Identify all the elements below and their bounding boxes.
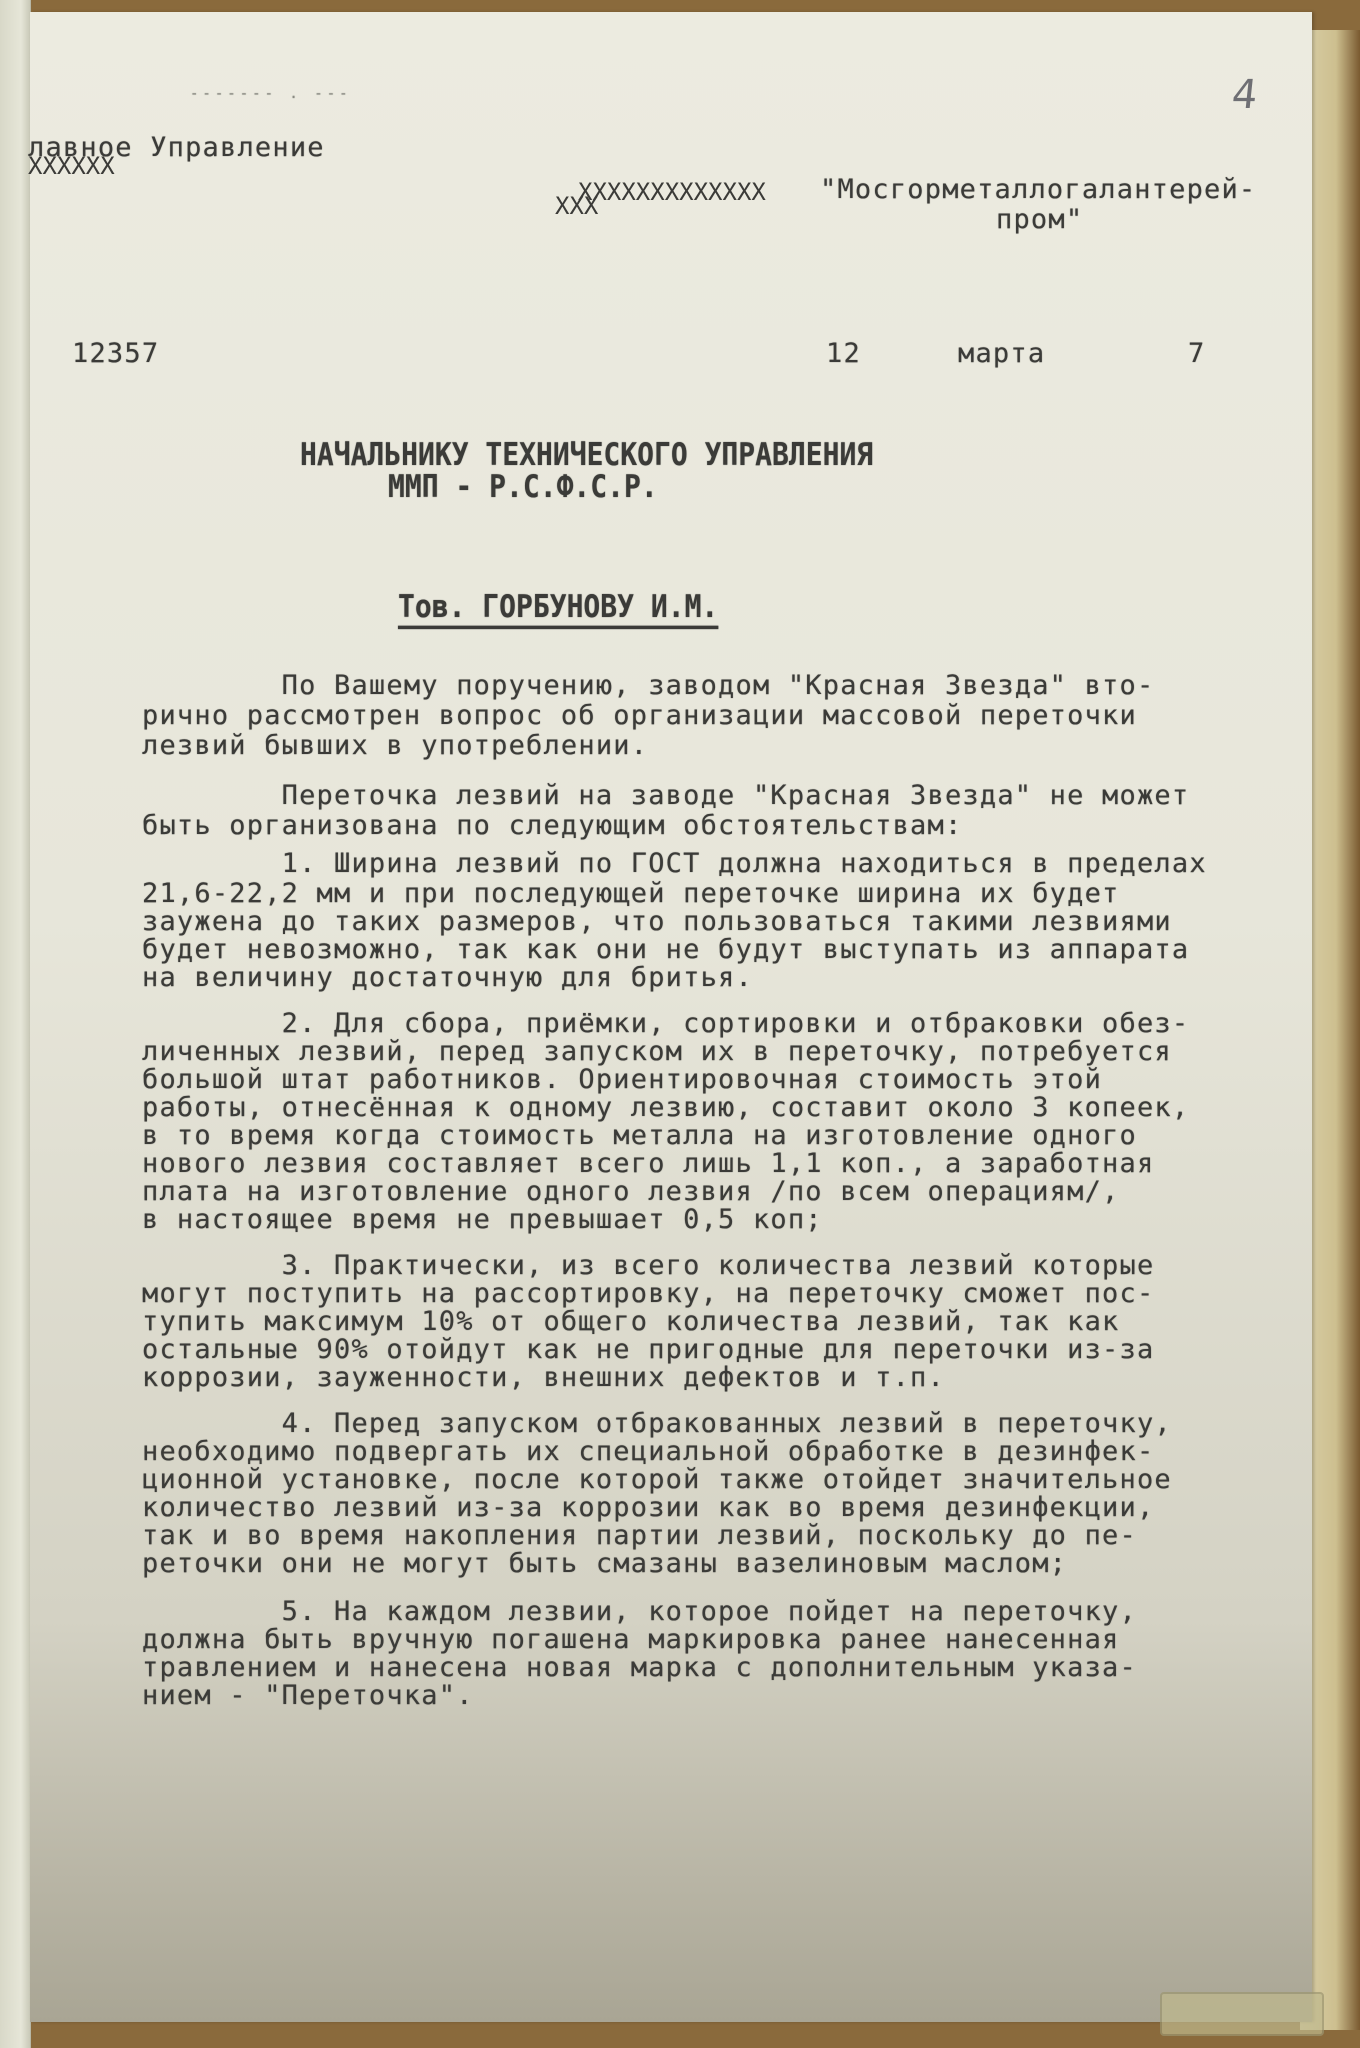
body-line: должна быть вручную погашена маркировка … xyxy=(142,1624,1120,1655)
body-line: остальные 90% отойдут как не пригодные д… xyxy=(142,1334,1154,1365)
body-line: травлением и нанесена новая марка с допо… xyxy=(142,1652,1137,1683)
body-line: на величину достаточную для бритья. xyxy=(142,962,753,993)
body-line: ционной установке, после которой также о… xyxy=(142,1464,1172,1495)
body-line: 3. Практически, из всего количества лезв… xyxy=(142,1250,1154,1281)
reference-number: 12357 xyxy=(72,338,159,369)
body-line: 5. На каждом лезвии, которое пойдет на п… xyxy=(142,1596,1137,1627)
header-faint-mark: ------- . --- xyxy=(190,86,352,102)
date-day: 12 xyxy=(826,338,861,369)
body-line: Переточка лезвий на заводе "Красная Звез… xyxy=(142,780,1189,811)
body-line: могут поступить на рассортировку, на пер… xyxy=(142,1278,1154,1309)
date-month: марта xyxy=(958,338,1045,369)
body-line: быть организована по следующим обстоятел… xyxy=(142,810,962,841)
body-line: коррозии, зауженности, внешних дефектов … xyxy=(142,1362,945,1393)
body-line: будет невозможно, так как они не будут в… xyxy=(142,934,1189,965)
body-line: личенных лезвий, перед запуском их в пер… xyxy=(142,1036,1172,1067)
handwritten-page-number: 4 xyxy=(1230,72,1260,118)
recipient-name: Тов. ГОРБУНОВУ И.М. xyxy=(398,588,718,624)
body-line: нового лезвия составляет всего лишь 1,1 … xyxy=(142,1148,1154,1179)
body-line: тупить максимум 10% от общего количества… xyxy=(142,1306,1120,1337)
date-year: 7 xyxy=(1188,338,1205,369)
body-line: реточки они не могут быть смазаны вазели… xyxy=(142,1548,1067,1579)
addressee-org-line1: "Мосгорметаллогалантерей- xyxy=(820,174,1256,205)
body-line: нием - "Переточка". xyxy=(142,1680,474,1711)
body-line: в то время когда стоимость металла на из… xyxy=(142,1120,1137,1151)
previous-page-edge xyxy=(0,0,31,2048)
body-line: 1. Ширина лезвий по ГОСТ должна находить… xyxy=(142,848,1207,879)
addressee-strikeout: XXXXXXXXXXXXX xyxy=(578,178,766,206)
body-line: необходимо подвергать их специальной обр… xyxy=(142,1436,1154,1467)
body-line: работы, отнесённая к одному лезвию, сост… xyxy=(142,1092,1189,1123)
body-line: лезвий бывших в употреблении. xyxy=(142,730,648,761)
recipient-title-line1: НАЧАЛЬНИКУ ТЕХНИЧЕСКОГО УПРАВЛЕНИЯ xyxy=(300,436,873,472)
sender-org-strikeout: XXXXXX xyxy=(28,152,115,180)
body-line: так и во время накопления партии лезвий,… xyxy=(142,1520,1137,1551)
body-line: рично рассмотрен вопрос об организации м… xyxy=(142,700,1137,731)
body-line: 21,6-22,2 мм и при последующей переточке… xyxy=(142,878,1120,909)
body-line: плата на изготовление одного лезвия /по … xyxy=(142,1176,1120,1207)
body-line: заужена до таких размеров, что пользоват… xyxy=(142,906,1172,937)
recipient-title-line2: ММП - Р.С.Ф.С.Р. xyxy=(388,468,658,504)
body-line: большой штат работников. Ориентировочная… xyxy=(142,1064,1102,1095)
body-line: По Вашему поручению, заводом "Красная Зв… xyxy=(142,670,1154,701)
addressee-org-line2: пром" xyxy=(996,204,1083,235)
body-line: в настоящее время не превышает 0,5 коп; xyxy=(142,1204,823,1235)
page-bottom-tab xyxy=(1160,1992,1324,2036)
body-line: количество лезвий из-за коррозии как во … xyxy=(142,1492,1154,1523)
body-line: 2. Для сбора, приёмки, сортировки и отбр… xyxy=(142,1008,1189,1039)
body-line: 4. Перед запуском отбракованных лезвий в… xyxy=(142,1408,1172,1439)
